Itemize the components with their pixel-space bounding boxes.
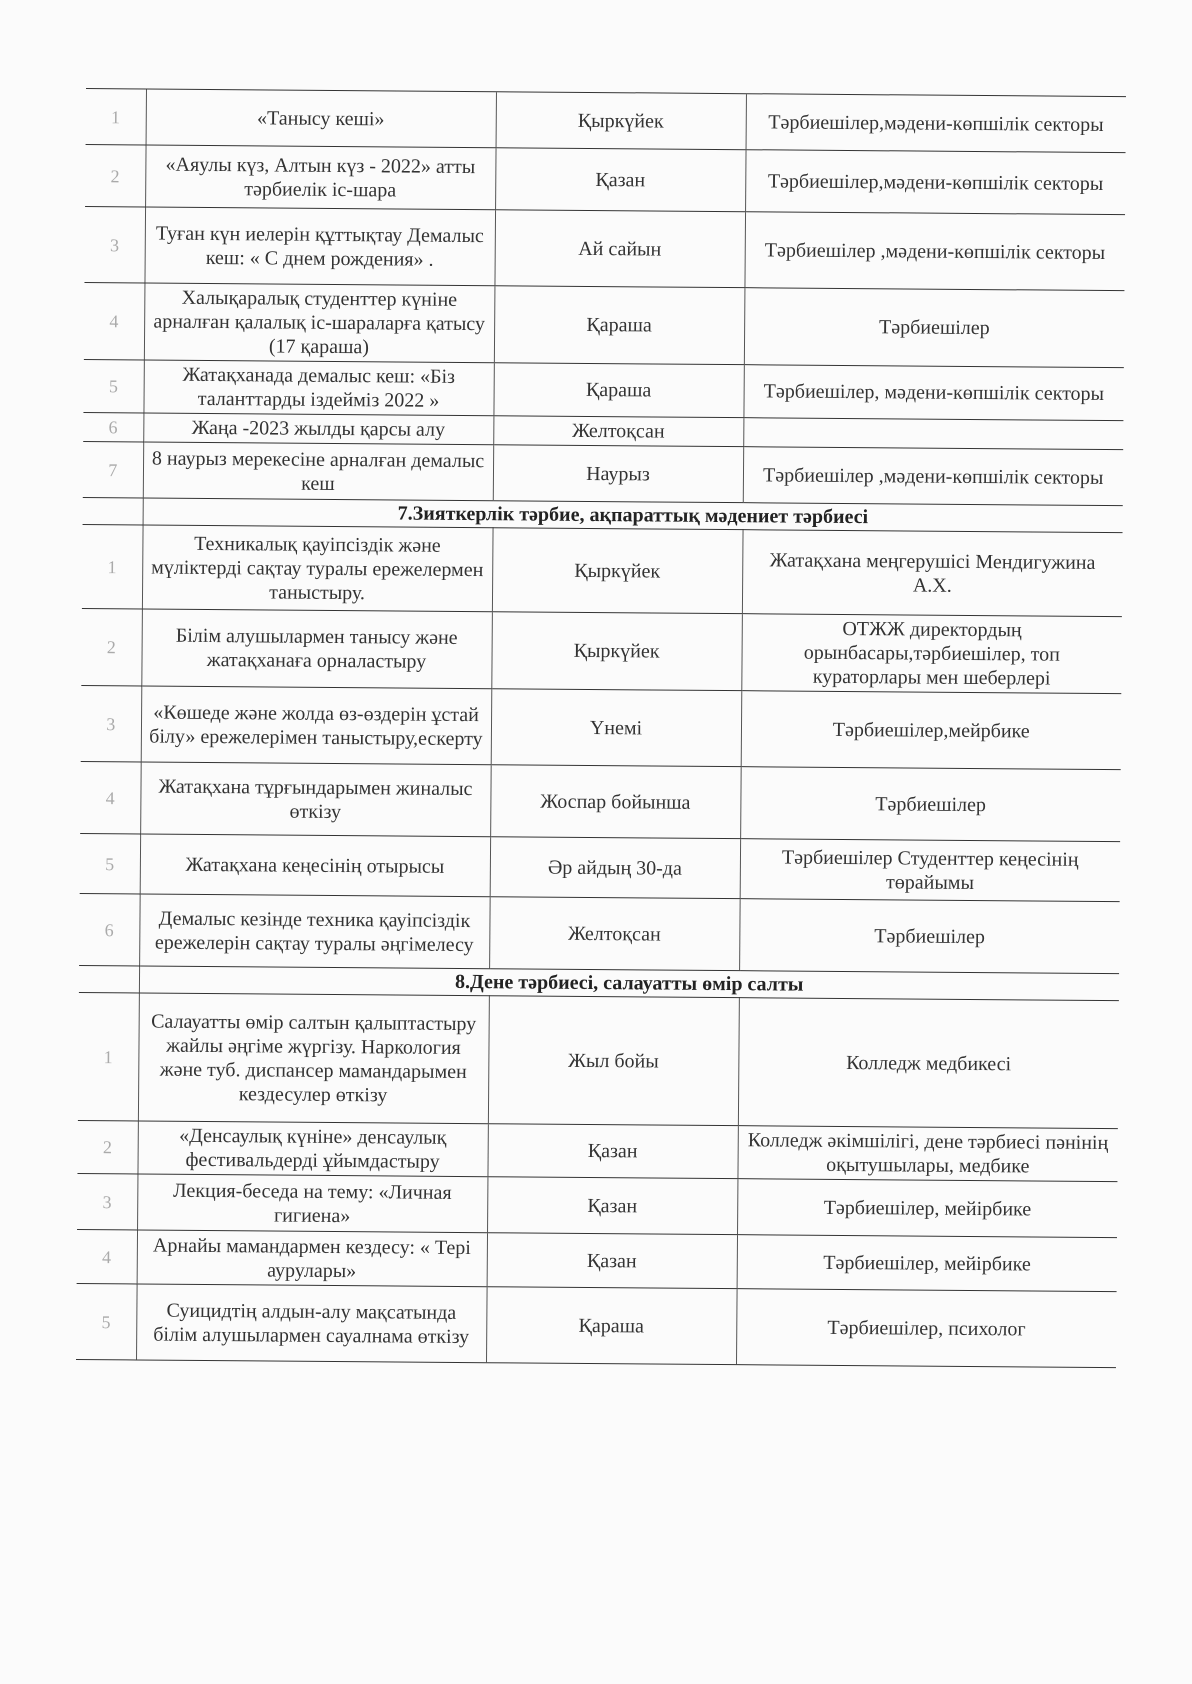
responsible-cell: Тәрбиешілер,мейрбике (741, 691, 1122, 770)
date-cell: Ай сайын (494, 210, 745, 288)
table-row: 7 8 наурыз мерекесіне арналған демалыс к… (83, 441, 1123, 505)
row-number: 5 (80, 833, 140, 893)
event-cell: Жатақханада демалыс кеш: «Біз таланттард… (143, 360, 493, 416)
responsible-cell: Тәрбиешілер (744, 288, 1125, 368)
responsible-cell: Колледж медбикесі (738, 998, 1119, 1129)
date-cell: Наурыз (493, 445, 743, 503)
date-cell: Жыл бойы (488, 996, 739, 1126)
responsible-cell: Тәрбиешілер, мейірбике (737, 1179, 1117, 1238)
row-number: 6 (83, 412, 143, 441)
date-cell: Әр айдың 30-да (490, 837, 740, 899)
responsible-cell: Тәрбиешілер (740, 767, 1121, 842)
table-row: 2 Білім алушылармен танысу және жатақхан… (81, 608, 1122, 693)
table-row: 3 Лекция-беседа на тему: «Личная гигиена… (77, 1173, 1117, 1237)
date-cell: Қараша (493, 363, 743, 418)
event-cell: Лекция-беседа на тему: «Личная гигиена» (137, 1174, 487, 1233)
row-number: 1 (86, 88, 146, 144)
event-cell: «Аяулы күз, Алтын күз - 2022» атты тәрби… (145, 145, 495, 210)
responsible-cell: Тәрбиешілер ,мәдени-көпшілік секторы (744, 212, 1125, 291)
date-cell: Қазан (487, 1177, 737, 1235)
row-number: 5 (83, 359, 143, 412)
table-row: 4 Арнайы мамандармен кездесу: « Тері аур… (77, 1229, 1117, 1291)
responsible-cell: ОТЖЖ директордың орынбасары,тәрбиешілер,… (741, 614, 1122, 694)
date-cell: Қараша (494, 286, 745, 365)
row-number: 2 (81, 608, 142, 685)
responsible-cell: Тәрбиешілер,мәдени-көпшілік секторы (746, 94, 1126, 153)
table-row: 5 Жатақхана кеңесінің отырысы Әр айдың 3… (80, 833, 1120, 901)
date-cell: Жоспар бойынша (490, 765, 741, 839)
responsible-cell: Тәрбиешілер, мәдени-көпшілік секторы (743, 365, 1123, 421)
row-number: 3 (84, 206, 145, 282)
table-row: 5 Суицидтің алдын-алу мақсатында білім а… (76, 1283, 1117, 1367)
row-number: 4 (77, 1229, 137, 1283)
date-cell: Қазан (487, 1124, 737, 1179)
event-cell: Жатақхана кеңесінің отырысы (140, 834, 490, 897)
event-cell: «Көшеде және жолда өз-өздерін ұстай білу… (141, 686, 492, 765)
row-number: 4 (84, 282, 145, 359)
responsible-cell: Тәрбиешілер, мейірбике (737, 1235, 1117, 1292)
table-row: 1 Техникалық қауіпсіздік және мүліктерді… (82, 524, 1123, 616)
table-row: 4 Жатақхана тұрғындарымен жиналыс өткізу… (80, 761, 1121, 841)
date-cell: Қараша (486, 1287, 737, 1365)
date-cell: Қыркүйек (492, 528, 743, 614)
responsible-cell: Тәрбиешілер, психолог (736, 1289, 1117, 1368)
row-number: 2 (85, 144, 145, 206)
event-cell: Туған күн иелерін құттықтау Демалыс кеш:… (144, 207, 495, 286)
table-row: 4 Халықаралық студенттер күніне арналған… (84, 282, 1125, 367)
table-row: 1 Салауатты өмір салтын қалыптастыру жай… (78, 992, 1119, 1128)
responsible-cell: Тәрбиешілер ,мәдени-көпшілік секторы (743, 447, 1123, 506)
event-cell: Демалыс кезінде техника қауіпсіздік ереж… (139, 894, 490, 969)
table-row: 3 Туған күн иелерін құттықтау Демалыс ке… (84, 206, 1125, 290)
row-number: 4 (80, 761, 141, 833)
event-cell: «Танысу кеші» (146, 89, 496, 148)
date-cell: Қазан (487, 1233, 737, 1289)
row-number: 1 (78, 992, 139, 1120)
event-cell: Жаңа -2023 жылды қарсы алу (143, 413, 493, 445)
table-row: 2 «Аяулы күз, Алтын күз - 2022» атты тәр… (85, 144, 1125, 214)
responsible-cell: Тәрбиешілер Студенттер кеңесінің төрайым… (740, 839, 1120, 902)
row-number: 3 (81, 685, 142, 761)
date-cell: Желтоқсан (493, 416, 743, 447)
table-row: 1 «Танысу кеші» Қыркүйек Тәрбиешілер,мәд… (86, 88, 1126, 152)
row-number: 5 (76, 1283, 137, 1359)
event-cell: Жатақхана тұрғындарымен жиналыс өткізу (140, 762, 491, 837)
responsible-cell: Жатақхана меңгерушісі Мендигужина А.Х. (742, 530, 1123, 617)
document-page: 1 «Танысу кеші» Қыркүйек Тәрбиешілер,мәд… (76, 88, 1126, 1368)
event-cell: Білім алушылармен танысу және жатақханағ… (141, 609, 492, 689)
row-number: 1 (82, 524, 143, 608)
row-number: 2 (77, 1120, 137, 1173)
table-row: 5 Жатақханада демалыс кеш: «Біз талантта… (83, 359, 1123, 420)
event-cell: Арнайы мамандармен кездесу: « Тері аурул… (137, 1230, 487, 1287)
table-row: 6 Демалыс кезінде техника қауіпсіздік ер… (79, 893, 1120, 973)
date-cell: Қыркүйек (496, 92, 746, 150)
event-cell: Техникалық қауіпсіздік және мүліктерді с… (142, 525, 493, 612)
row-number: 3 (77, 1173, 137, 1229)
row-number: 6 (79, 893, 140, 965)
events-plan-table: 1 «Танысу кеші» Қыркүйек Тәрбиешілер,мәд… (76, 88, 1126, 1368)
date-cell: Қыркүйек (491, 612, 742, 691)
event-cell: Суицидтің алдын-алу мақсатында білім алу… (136, 1284, 487, 1363)
event-cell: Салауатты өмір салтын қалыптастыру жайлы… (138, 993, 489, 1124)
event-cell: 8 наурыз мерекесіне арналған демалыс кеш (143, 442, 493, 501)
table-row: 3 «Көшеде және жолда өз-өздерін ұстай бі… (81, 685, 1122, 769)
event-cell: Халықаралық студенттер күніне арналған қ… (144, 283, 495, 363)
responsible-cell: Тәрбиешілер,мәдени-көпшілік секторы (745, 150, 1125, 215)
row-number: 7 (83, 441, 143, 497)
table-row: 2 «Денсаулық күніне» денсаулық фестиваль… (77, 1120, 1117, 1181)
date-cell: Қазан (495, 148, 745, 212)
responsible-cell: Колледж әкімшілігі, дене тәрбиесі пәніні… (737, 1126, 1117, 1182)
event-cell: «Денсаулық күніне» денсаулық фестивальде… (137, 1121, 487, 1177)
responsible-cell (743, 418, 1123, 450)
date-cell: Желтоқсан (489, 897, 740, 971)
date-cell: Үнемі (491, 689, 742, 767)
responsible-cell: Тәрбиешілер (739, 899, 1120, 974)
